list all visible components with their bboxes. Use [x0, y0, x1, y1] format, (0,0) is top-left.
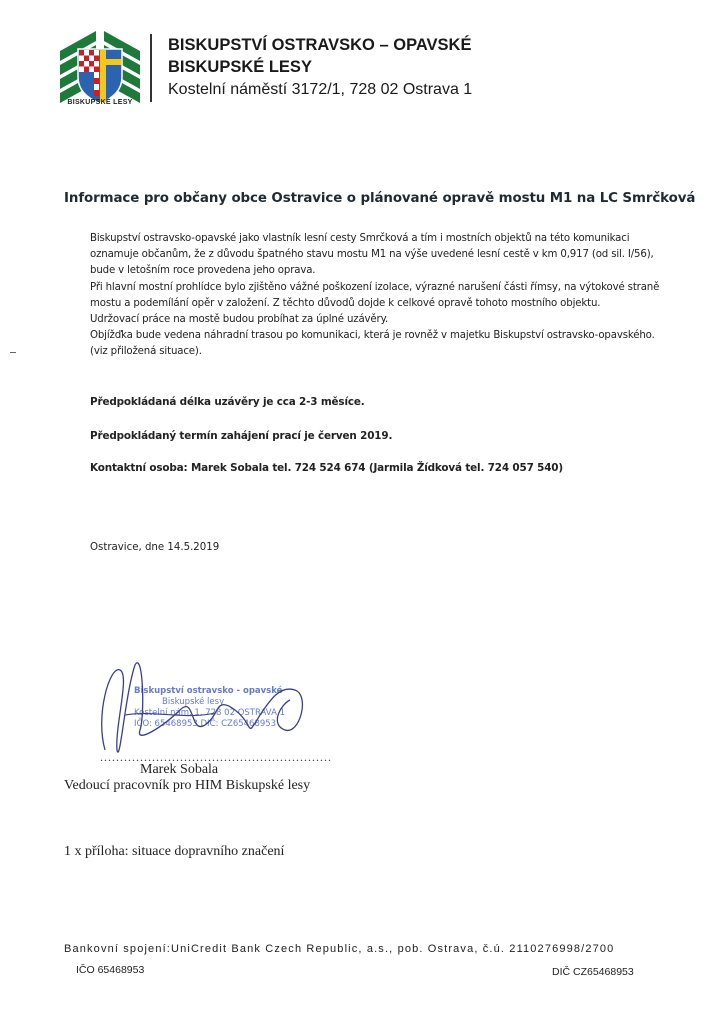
signer-role: Vedoucí pracovník pro HIM Biskupské lesy	[64, 778, 310, 794]
start-date: Předpokládaný termín zahájení prací je č…	[90, 430, 392, 442]
biskupske-lesy-logo	[58, 24, 142, 110]
org-address: Kostelní náměstí 3172/1, 728 02 Ostrava …	[168, 81, 472, 99]
ico-number: IČO 65468953	[76, 964, 144, 976]
body-line: Objížďka bude vedena náhradní trasou po …	[90, 328, 700, 344]
bank-details: Bankovní spojení:UniCredit Bank Czech Re…	[64, 943, 614, 955]
body-line: Biskupství ostravsko-opavské jako vlastn…	[90, 231, 700, 247]
body-line: Při hlavní mostní prohlídce bylo zjištěn…	[90, 280, 700, 296]
document-body: Biskupství ostravsko-opavské jako vlastn…	[90, 231, 700, 361]
body-line: Udržovací práce na mostě budou probíhat …	[90, 312, 700, 328]
margin-mark	[10, 352, 16, 353]
document-title: Informace pro občany obce Ostravice o pl…	[64, 191, 695, 206]
header-divider	[150, 34, 152, 102]
dic-number: DIČ CZ65468953	[552, 966, 634, 978]
org-name: BISKUPSTVÍ OSTRAVSKO – OPAVSKÉ	[168, 36, 471, 55]
body-line: mostu a podemílání opěr v založení. Z tě…	[90, 296, 700, 312]
closure-length: Předpokládaná délka uzávěry je cca 2-3 m…	[90, 396, 365, 408]
org-subname: BISKUPSKÉ LESY	[168, 58, 312, 77]
attachment-note: 1 x příloha: situace dopravního značení	[64, 844, 284, 860]
logo-caption: BISKUPSKÉ LESY	[58, 99, 142, 106]
body-line: (viz přiložená situace).	[90, 344, 700, 360]
contact-person: Kontaktní osoba: Marek Sobala tel. 724 5…	[90, 462, 563, 474]
handwritten-signature	[95, 655, 325, 765]
place-date: Ostravice, dne 14.5.2019	[90, 542, 219, 553]
body-line: bude v letošním roce provedena jeho opra…	[90, 263, 700, 279]
signer-name: Marek Sobala	[140, 762, 218, 778]
body-line: oznamuje občanům, že z důvodu špatného s…	[90, 247, 700, 263]
